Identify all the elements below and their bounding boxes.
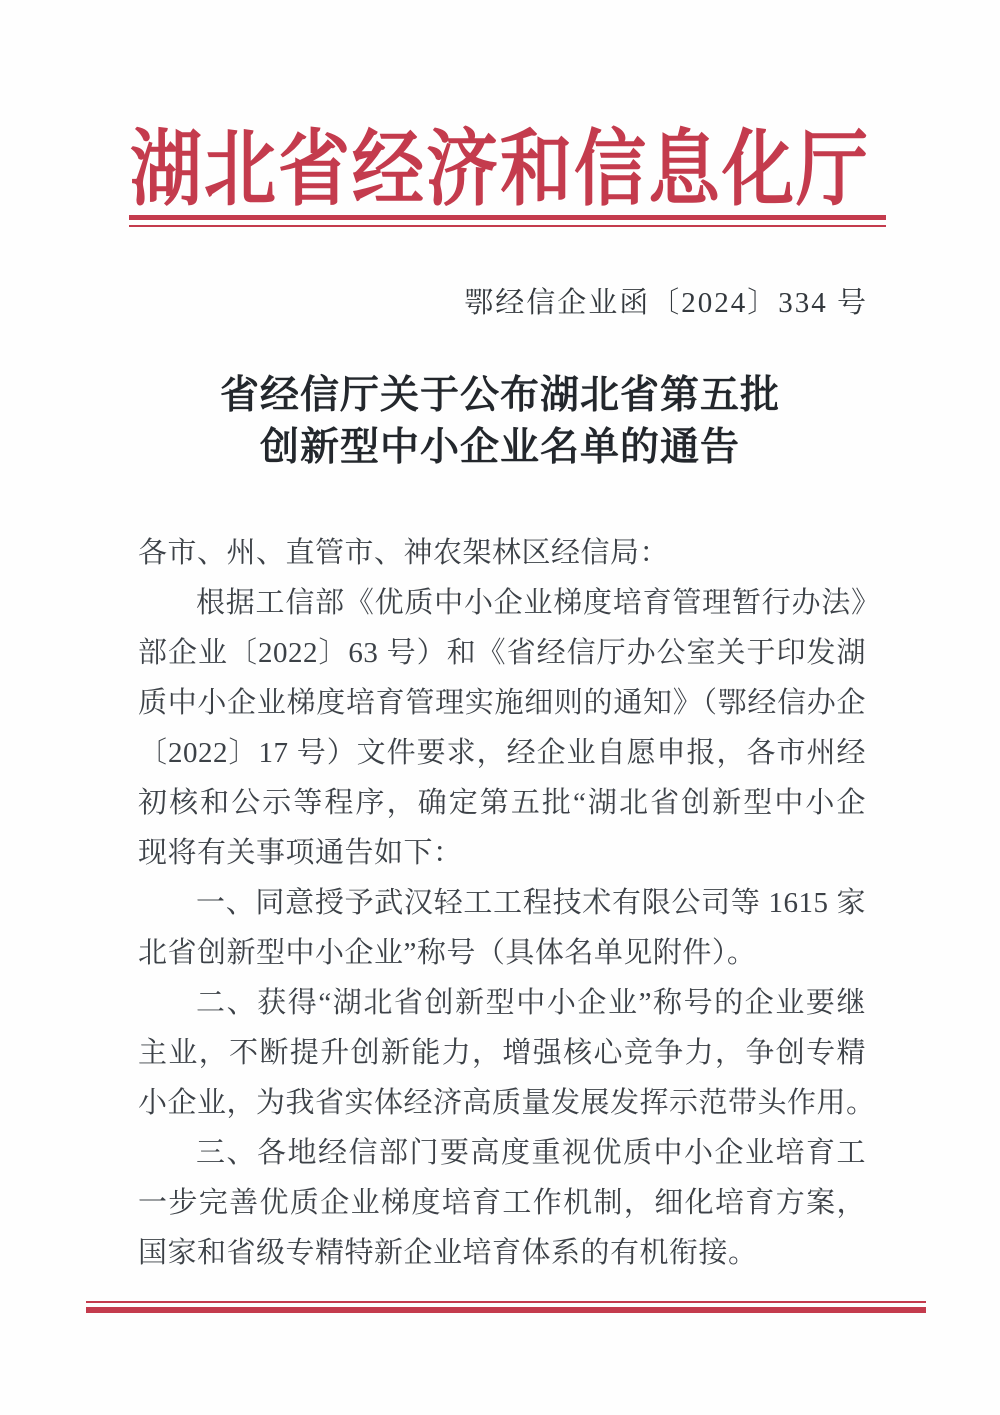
body-line-item-2: 二、获得“湖北省创新型中小企业”称号的企业要继续聚焦 <box>138 978 866 1028</box>
agency-name: 湖北省经济和信息化厅 <box>130 102 870 222</box>
body-line: 国家和省级专精特新企业培育体系的有机衔接。 <box>138 1228 866 1278</box>
letterhead-rule-thick <box>129 215 886 220</box>
body-line: 现将有关事项通告如下： <box>138 828 866 878</box>
letterhead: 湖北省经济和信息化厅 <box>0 112 1000 212</box>
body-line: 初核和公示等程序，确定第五批“湖北省创新型中小企业”名单。 <box>138 778 866 828</box>
body-line-item-1: 一、同意授予武汉轻工工程技术有限公司等 1615 家企业“湖 <box>138 878 866 928</box>
body-line: 一步完善优质企业梯度培育工作机制，细化培育方案，形成与 <box>138 1178 866 1228</box>
body-line: 北省创新型中小企业”称号（具体名单见附件）。 <box>138 928 866 978</box>
body-line: 质中小企业梯度培育管理实施细则的通知》（鄂经信办企业 <box>138 678 866 728</box>
footer-rule-thick <box>86 1307 926 1313</box>
document-title: 省经信厅关于公布湖北省第五批 创新型中小企业名单的通告 <box>0 370 1000 474</box>
salutation-line: 各市、州、直管市、神农架林区经信局： <box>138 528 866 578</box>
document-body: 各市、州、直管市、神农架林区经信局： 根据工信部《优质中小企业梯度培育管理暂行办… <box>138 528 866 1278</box>
body-line: 根据工信部《优质中小企业梯度培育管理暂行办法》（工信 <box>138 578 866 628</box>
document-title-line1: 省经信厅关于公布湖北省第五批 <box>0 370 1000 422</box>
body-line: 小企业，为我省实体经济高质量发展发挥示范带头作用。 <box>138 1078 866 1128</box>
body-line: 部企业〔2022〕63 号）和《省经信厅办公室关于印发湖北省优 <box>138 628 866 678</box>
document-number: 鄂经信企业函〔2024〕334 号 <box>464 280 868 321</box>
footer-rule-thin <box>86 1301 926 1303</box>
body-line: 〔2022〕17 号）文件要求，经企业自愿申报，各市州经信部门 <box>138 728 866 778</box>
body-line: 主业，不断提升创新能力，增强核心竞争力，争创专精特新中 <box>138 1028 866 1078</box>
document-page: 湖北省经济和信息化厅 鄂经信企业函〔2024〕334 号 省经信厅关于公布湖北省… <box>0 0 1000 1415</box>
letterhead-rule-thin <box>129 225 886 227</box>
document-title-line2: 创新型中小企业名单的通告 <box>0 422 1000 474</box>
body-line-item-3: 三、各地经信部门要高度重视优质中小企业培育工作，进 <box>138 1128 866 1178</box>
